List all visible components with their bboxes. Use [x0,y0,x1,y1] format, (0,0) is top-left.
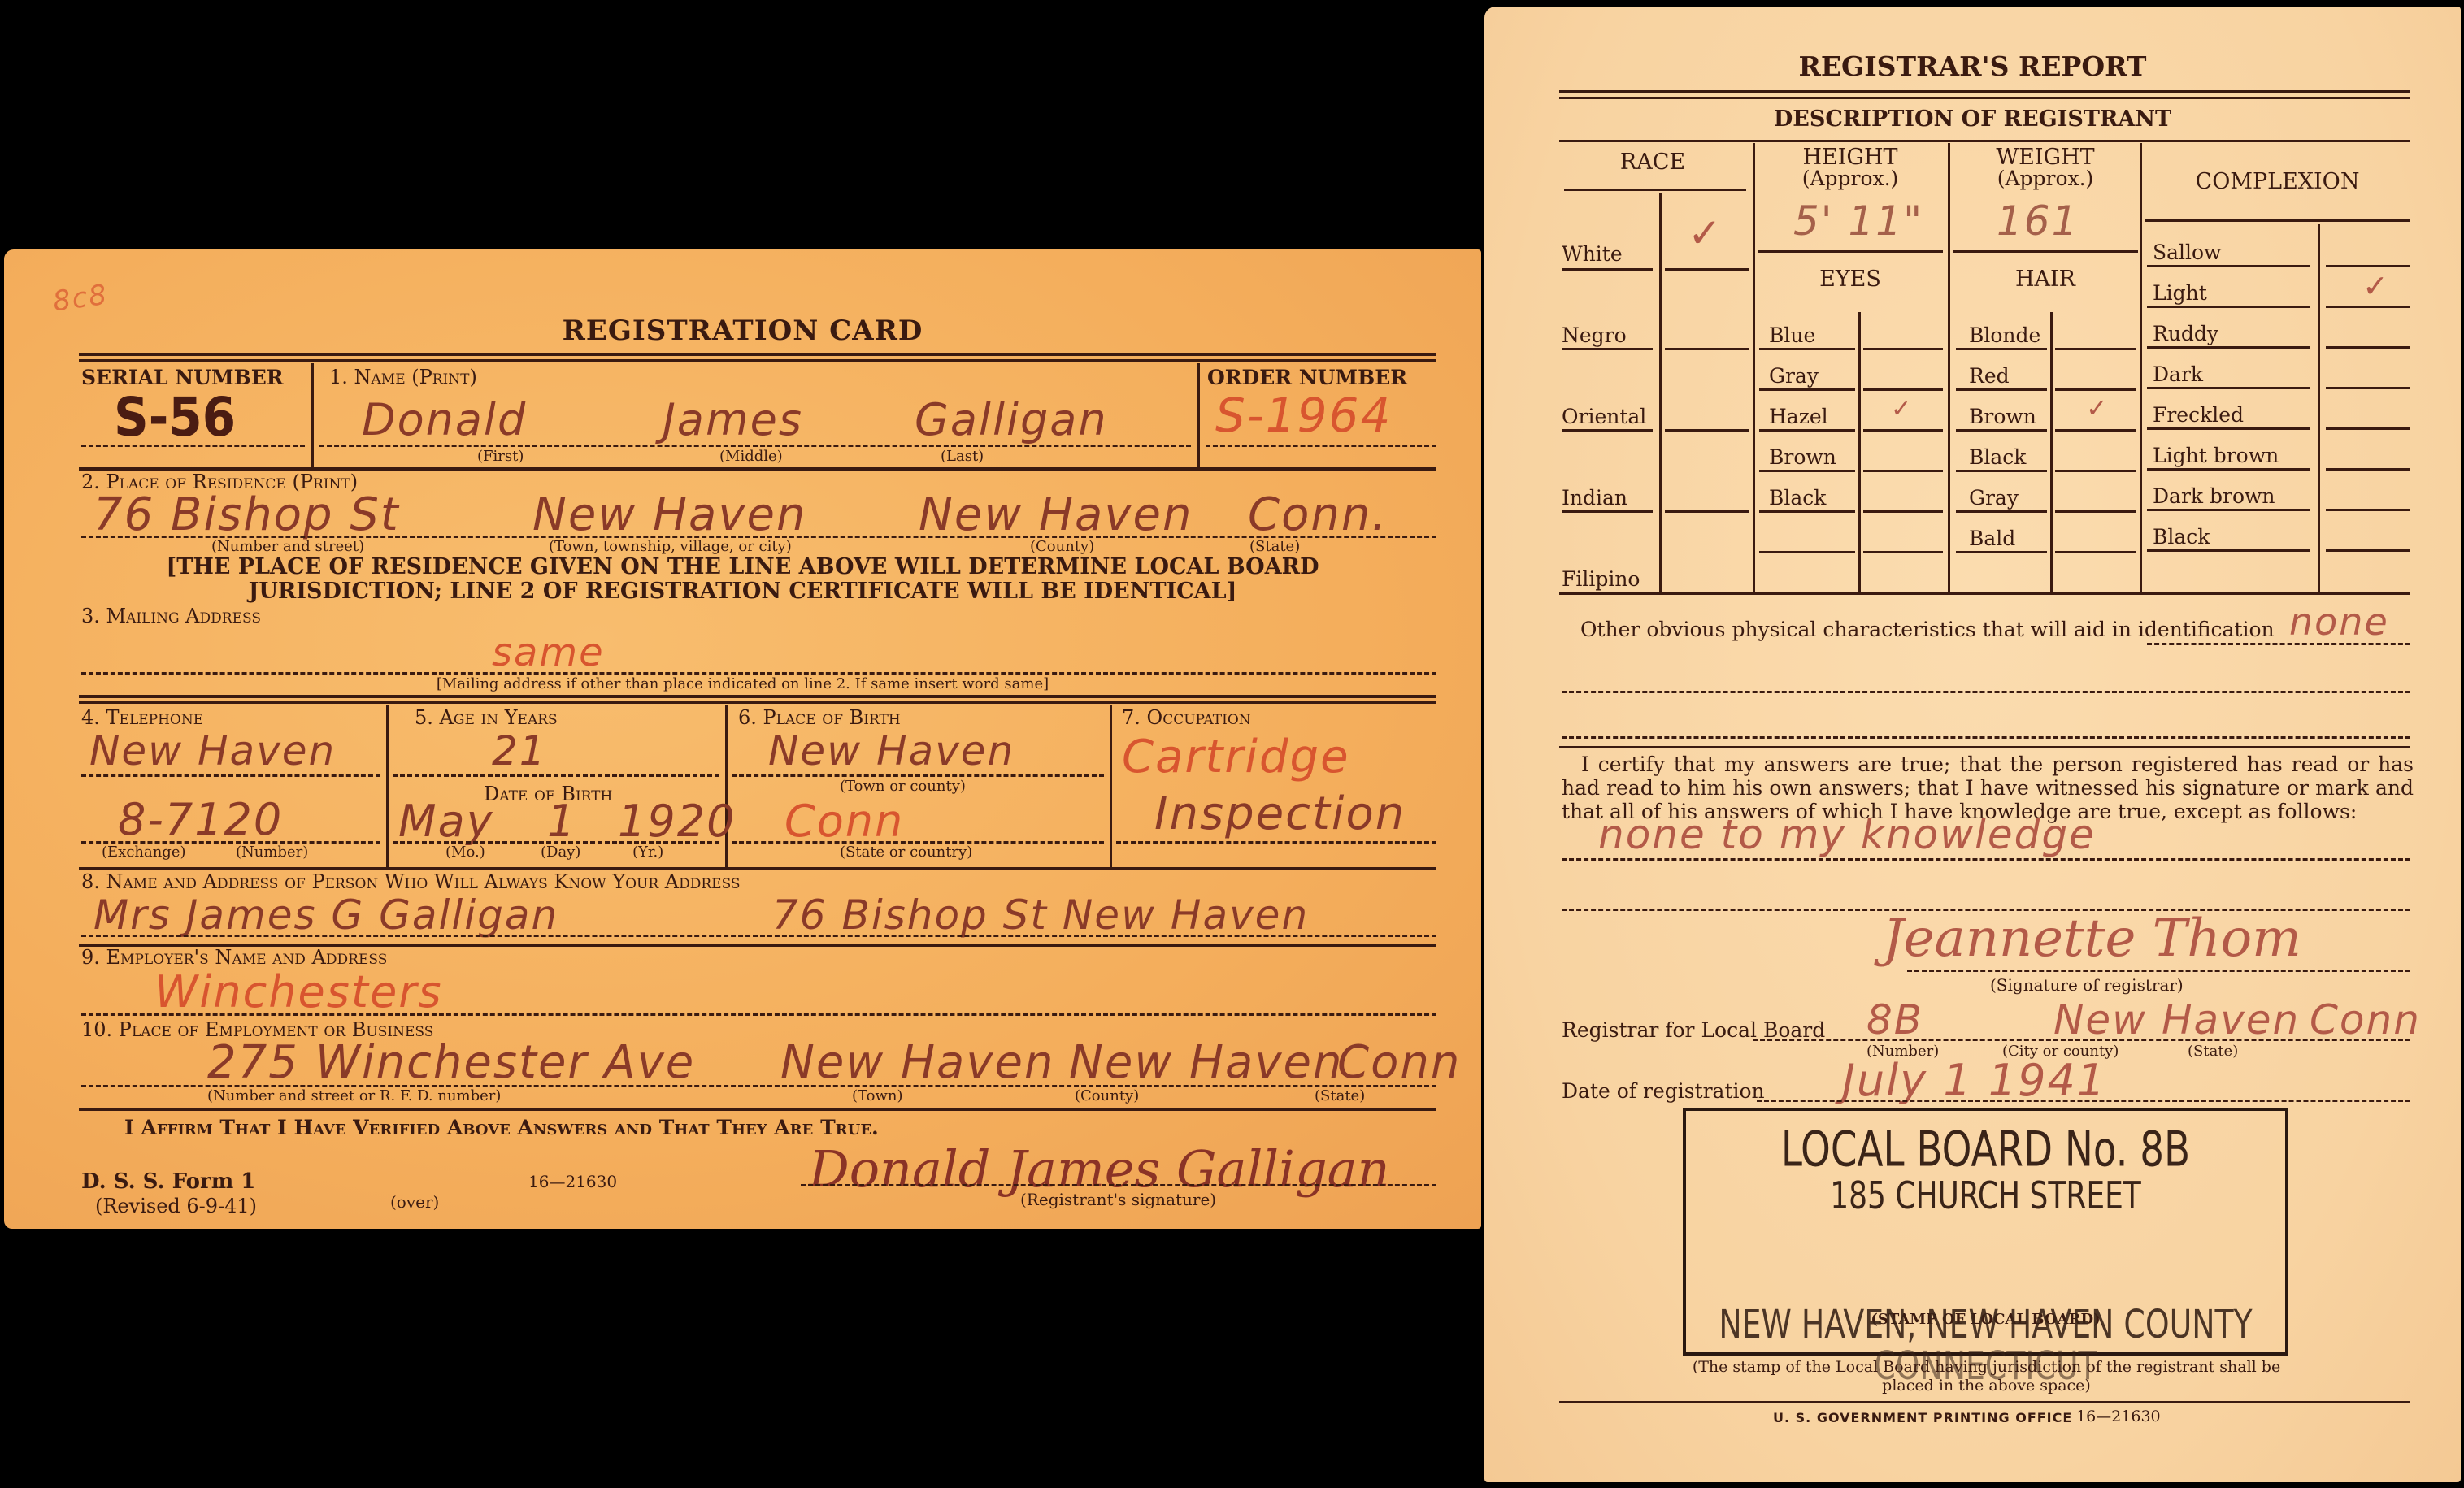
footer-office: U. S. GOVERNMENT PRINTING OFFICE [1773,1410,2072,1425]
divider [1110,705,1112,867]
first-name[interactable]: Donald [362,394,527,445]
rule [1956,510,2047,513]
rule [1956,429,2047,432]
day-caption: (Day) [541,844,580,861]
hair-brown-check[interactable]: ✓ [2086,393,2110,423]
rule [1956,470,2047,472]
rule [1956,551,2047,553]
middle-name[interactable]: James [663,394,803,445]
eyes-option-brown: Brown [1769,445,1836,469]
date-of-registration-label: Date of registration [1562,1079,1765,1103]
affirmation-text: I Affirm That I Have Verified Above Answ… [124,1116,879,1139]
rule [1559,746,2410,748]
card-title: REGISTRATION CARD [4,315,1481,347]
stamp-note: (The stamp of the Local Board having jur… [1680,1358,2293,1395]
divider [1753,143,1755,592]
race-option-white: White [1562,242,1623,266]
rule [79,1108,1436,1111]
local-board-state-caption: (State) [2188,1043,2238,1060]
race-option-filipino: Filipino [1562,567,1640,591]
form-name: D. S. S. Form 1 [81,1169,255,1194]
rule [1759,429,1855,432]
residence-county[interactable]: New Haven [919,488,1193,541]
dotted-line [732,774,1104,777]
rule [1562,429,1653,432]
hair-header: HAIR [1952,267,2139,292]
rule [2147,387,2310,389]
rule [2326,468,2410,471]
occupation-line2[interactable]: Inspection [1154,787,1406,840]
rule [79,701,1436,704]
rule [2147,509,2310,511]
rule [1956,388,2047,391]
complexion-option-light-brown: Light brown [2153,444,2279,467]
rule [1559,592,2410,595]
dotted-line [1562,736,2410,739]
rule [1559,90,2410,93]
dotted-line [81,935,1436,937]
rule [2326,265,2410,267]
stamp-line2: 185 CHURCH STREET [1686,1175,2285,1218]
occupation-label: 7. Occupation [1122,706,1251,729]
complexion-option-dark-brown: Dark brown [2153,484,2275,508]
dotted-line [1562,691,2410,693]
last-caption: (Last) [941,448,984,465]
rule [2326,306,2410,308]
rule [1758,250,1943,253]
rule [1759,348,1855,350]
divider [1659,193,1662,592]
month-caption: (Mo.) [445,844,485,861]
hair-option-red: Red [1969,364,2010,388]
hair-option-black: Black [1969,445,2026,469]
rule [1956,348,2047,350]
name-label: 1. Name (Print) [329,366,477,388]
rule [2147,427,2310,430]
age-value[interactable]: 21 [492,727,547,774]
contact-person-label: 8. Name and Address of Person Who Will A… [81,870,741,893]
birthplace-town[interactable]: New Haven [768,727,1015,774]
rule [1759,551,1855,553]
rule [1562,510,1653,513]
complexion-light-check[interactable]: ✓ [2362,268,2390,304]
registration-card: 8c8 REGISTRATION CARD SERIAL NUMBER S-56… [4,249,1481,1229]
residence-state[interactable]: Conn. [1248,488,1388,541]
order-number-label: ORDER NUMBER [1207,366,1407,389]
employment-street[interactable]: 275 Winchester Ave [207,1036,695,1089]
contact-person-address[interactable]: 76 Bishop St New Haven [772,891,1309,939]
employment-state[interactable]: Conn [1337,1036,1461,1089]
dotted-line [2147,643,2410,645]
divider [2050,312,2053,592]
exceptions-value[interactable]: none to my knowledge [1598,811,2096,858]
eyes-option-black: Black [1769,486,1826,510]
mailing-label: 3. Mailing Address [81,605,261,627]
race-option-negro: Negro [1562,323,1627,347]
complexion-option-light: Light [2153,281,2207,305]
height-value[interactable]: 5' 11" [1793,197,1923,245]
year-caption: (Yr.) [632,844,663,861]
divider [2140,143,2142,592]
mailing-value[interactable]: same [492,630,605,675]
stamp-box: LOCAL BOARD No. 8B 185 CHURCH STREET (ST… [1683,1108,2288,1356]
hair-option-brown: Brown [1969,405,2036,428]
rule [79,359,1436,362]
rule [1562,268,1653,271]
middle-caption: (Middle) [719,448,783,465]
residence-notice-1: [THE PLACE OF RESIDENCE GIVEN ON THE LIN… [4,554,1481,579]
dotted-line [1757,1100,2410,1102]
birthplace-label: 6. Place of Birth [738,706,901,729]
employer-label: 9. Employer's Name and Address [81,946,387,969]
divider [386,705,389,867]
report-subtitle: DESCRIPTION OF REGISTRANT [1484,106,2461,132]
eyes-hazel-check[interactable]: ✓ [1891,395,1913,423]
last-name[interactable]: Galligan [915,394,1108,445]
rule [2055,470,2136,472]
divider [1858,312,1861,592]
exchange-caption: (Exchange) [102,844,186,861]
date-of-registration-value[interactable]: July 1 1941 [1842,1055,2106,1106]
rule [1665,268,1749,271]
hair-option-gray: Gray [1969,486,2019,510]
dotted-line [81,672,1436,675]
complexion-header: COMPLEXION [2145,169,2410,194]
dotted-line [1206,445,1436,447]
eyes-option-hazel: Hazel [1769,405,1828,428]
rule [79,353,1436,356]
rule [1665,429,1749,432]
rule [79,695,1436,698]
rule [1759,510,1855,513]
order-number-value[interactable]: S-1964 [1215,388,1392,443]
first-caption: (First) [477,448,524,465]
registrar-signature[interactable]: Jeannette Thom [1883,909,2301,969]
print-code: 16—21630 [528,1172,617,1191]
rule [2326,427,2410,430]
weight-sub: (Approx.) [1952,167,2139,190]
stamp-line3: NEW HAVEN, NEW HAVEN COUNTY [1686,1301,2285,1347]
rule [2147,346,2310,349]
rule [1665,348,1749,350]
rule [1559,140,2410,142]
town-caption: (Town, township, village, or city) [549,538,792,555]
rule [1559,1401,2410,1403]
local-board-city[interactable]: New Haven [2053,996,2300,1043]
rule [1759,470,1855,472]
race-white-check[interactable]: ✓ [1688,210,1723,257]
complexion-option-sallow: Sallow [2153,241,2221,264]
rule [2055,429,2136,432]
hair-option-blonde: Blonde [1969,323,2040,347]
other-characteristics-label: Other obvious physical characteristics t… [1580,618,2275,641]
age-label: 5. Age in Years [415,706,558,729]
rule [2326,509,2410,511]
telephone-exchange[interactable]: New Haven [89,727,336,774]
complexion-option-freckled: Freckled [2153,403,2244,427]
race-option-oriental: Oriental [1562,405,1646,428]
rule [2055,551,2136,553]
rule [1863,551,1943,553]
serial-number-value[interactable]: S-56 [114,386,236,449]
county-caption: (County) [1030,538,1094,555]
over-note: (over) [390,1192,439,1212]
eyes-option-gray: Gray [1769,364,1819,388]
residence-notice-2: JURISDICTION; LINE 2 OF REGISTRATION CER… [4,579,1481,604]
rule [1759,388,1855,391]
dotted-line [393,774,719,777]
telephone-number[interactable]: 8-7120 [118,794,283,845]
street-caption: (Number and street) [211,538,364,555]
rule [1953,250,2138,253]
birthplace-state[interactable]: Conn [784,796,904,847]
divider [2318,224,2320,592]
employer-value[interactable]: Winchesters [154,966,443,1017]
race-option-indian: Indian [1562,486,1627,510]
number-caption: (Number) [236,844,308,861]
dotted-line [1116,841,1436,844]
hair-option-bald: Bald [1969,527,2015,550]
weight-value[interactable]: 161 [1997,197,2079,245]
residence-town[interactable]: New Haven [532,488,806,541]
employment-county[interactable]: New Haven [1069,1036,1343,1089]
rule [2326,387,2410,389]
rule [1863,388,1943,391]
dotted-line [1753,1039,2410,1041]
report-title: REGISTRAR'S REPORT [1484,50,2461,82]
dob-day[interactable]: 1 [547,796,576,847]
rule [1562,348,1653,350]
mailing-caption: [Mailing address if other than place ind… [4,675,1481,692]
race-header: RACE [1559,150,1746,175]
contact-person-name[interactable]: Mrs James G Galligan [93,891,558,939]
employment-street-caption: (Number and street or R. F. D. number) [207,1087,501,1104]
registrar-signature-caption: (Signature of registrar) [1990,975,2184,995]
dotted-line [319,445,1191,447]
registrars-report-card: REGISTRAR'S REPORT DESCRIPTION OF REGIST… [1484,7,2461,1482]
corner-note: 8c8 [51,278,111,318]
telephone-label: 4. Telephone [81,706,203,729]
divider [1197,363,1200,467]
rule [1863,470,1943,472]
birthplace-state-caption: (State or country) [840,844,972,861]
signature-caption: (Registrant's signature) [1020,1190,1216,1209]
height-sub: (Approx.) [1757,167,1944,190]
complexion-option-black: Black [2153,525,2210,549]
complexion-option-ruddy: Ruddy [2153,322,2218,345]
dotted-line [1907,970,2410,972]
complexion-option-dark: Dark [2153,362,2203,386]
rule [2055,348,2136,350]
rule [1863,510,1943,513]
divider [1948,143,1950,592]
rule [1863,429,1943,432]
dotted-line [81,445,305,447]
employment-state-caption: (State) [1315,1087,1365,1104]
rule [2326,346,2410,349]
state-caption: (State) [1249,538,1300,555]
rule [2147,549,2310,552]
dotted-line [81,1013,1436,1016]
rule [1863,348,1943,350]
stamp-line1: LOCAL BOARD No. 8B [1686,1122,2285,1178]
dob-month[interactable]: May [398,796,494,847]
dob-year[interactable]: 1920 [618,796,736,847]
occupation-line1[interactable]: Cartridge [1122,731,1350,783]
form-revised: (Revised 6-9-41) [95,1195,257,1217]
birthplace-town-caption: (Town or county) [840,778,966,795]
rule [2055,510,2136,513]
dotted-line [81,774,380,777]
employment-town-caption: (Town) [852,1087,903,1104]
rule [2145,219,2410,222]
rule [1559,97,2410,99]
employment-town[interactable]: New Haven [780,1036,1054,1089]
residence-street[interactable]: 76 Bishop St [93,488,400,541]
local-board-state[interactable]: Conn [2310,996,2421,1043]
rule [2147,265,2310,267]
other-characteristics-value[interactable]: none [2289,600,2389,644]
rule [2147,306,2310,308]
employment-county-caption: (County) [1075,1087,1139,1104]
rule [1665,510,1749,513]
rule [2326,549,2410,552]
eyes-option-blue: Blue [1769,323,1815,347]
dotted-line [801,1184,1436,1186]
rule [2147,468,2310,471]
eyes-header: EYES [1757,267,1944,292]
divider [311,363,314,467]
local-board-number[interactable]: 8B [1866,996,1923,1043]
rule [2055,388,2136,391]
footer-code: 16—21630 [2076,1408,2161,1425]
rule [1564,189,1746,191]
dotted-line [1562,858,2410,861]
